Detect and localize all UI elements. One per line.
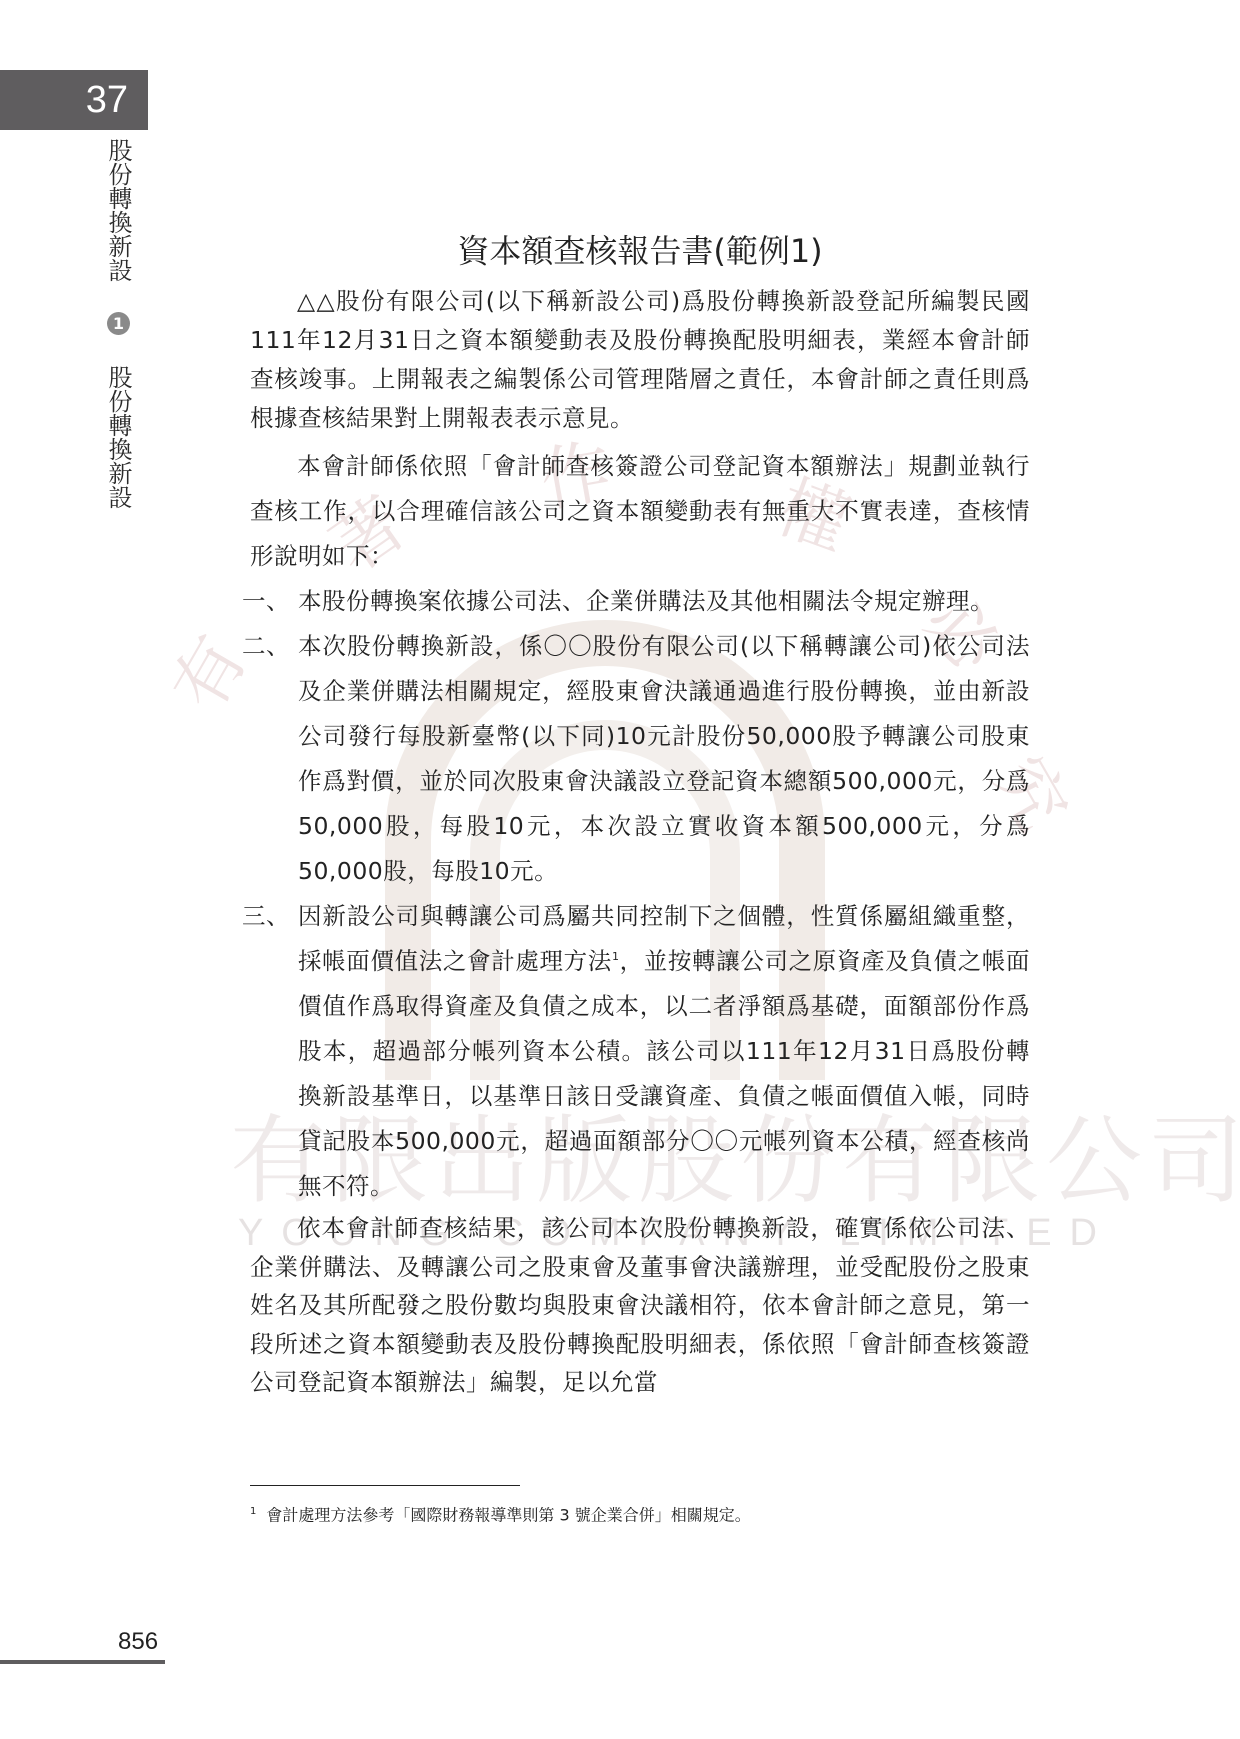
chapter-number-tab: 37 xyxy=(0,70,148,130)
finding-text-continued: ，並按轉讓公司之原資產及負債之帳面價值作爲取得資產及負債之成本，以二者淨額爲基礎… xyxy=(298,947,1030,1200)
page-number: 856 xyxy=(118,1628,158,1656)
page-footer-rule xyxy=(0,1660,165,1664)
footnote-number: 1 xyxy=(250,1506,256,1517)
intro-paragraph: △△股份有限公司(以下稱新設公司)爲股份轉換新設登記所編製民國111年12月31… xyxy=(250,282,1030,438)
side-label-top: 股份轉換新設 xyxy=(104,138,132,282)
finding-text: 本次股份轉換新設，係〇〇股份有限公司(以下稱轉讓公司)依公司法及企業併購法相關規… xyxy=(298,632,1030,885)
finding-item-3: 三、 因新設公司與轉讓公司爲屬共同控制下之個體，性質係屬組織重整，採帳面價值法之… xyxy=(242,894,1030,1209)
finding-text: 本股份轉換案依據公司法、企業併購法及其他相關法令規定辦理。 xyxy=(298,587,994,615)
side-label-bottom: 股份轉換新設 xyxy=(104,365,132,509)
chapter-side-label: 股份轉換新設 1 股份轉換新設 xyxy=(100,138,130,509)
list-marker: 三、 xyxy=(242,894,290,939)
footnote: 1會計處理方法參考「國際財務報導準則第 3 號企業合併」相關規定。 xyxy=(250,1500,751,1527)
finding-item-2: 二、 本次股份轉換新設，係〇〇股份有限公司(以下稱轉讓公司)依公司法及企業併購法… xyxy=(242,624,1030,894)
opinion-paragraph: 依本會計師查核結果，該公司本次股份轉換新設，確實係依公司法、企業併購法、及轉讓公… xyxy=(250,1209,1030,1402)
footnote-text: 會計處理方法參考「國際財務報導準則第 3 號企業合併」相關規定。 xyxy=(266,1505,750,1524)
chapter-number: 37 xyxy=(86,79,128,121)
findings-list: 一、 本股份轉換案依據公司法、企業併購法及其他相關法令規定辦理。 二、 本次股份… xyxy=(250,579,1030,1209)
finding-item-1: 一、 本股份轉換案依據公司法、企業併購法及其他相關法令規定辦理。 xyxy=(242,579,1030,624)
document-body: 資本額查核報告書(範例1) △△股份有限公司(以下稱新設公司)爲股份轉換新設登記… xyxy=(250,228,1030,1402)
scope-paragraph: 本會計師係依照「會計師查核簽證公司登記資本額辦法」規劃並執行查核工作，以合理確信… xyxy=(250,444,1030,579)
footnote-divider xyxy=(250,1485,520,1486)
list-marker: 一、 xyxy=(242,579,290,624)
section-number-badge-icon: 1 xyxy=(107,312,130,335)
list-marker: 二、 xyxy=(242,624,290,669)
document-title: 資本額查核報告書(範例1) xyxy=(250,228,1030,274)
